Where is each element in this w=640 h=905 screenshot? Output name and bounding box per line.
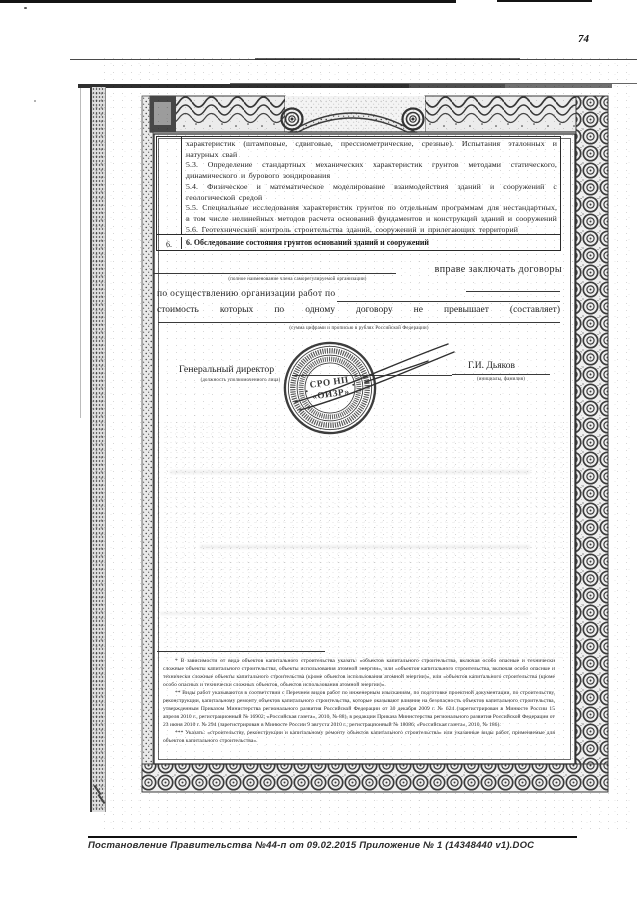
clause-works-line: по осуществлению организации работ по — [157, 289, 335, 299]
blank-fill-line — [466, 291, 560, 292]
work-item: характеристик (штамповые, сдвиговые, пре… — [186, 139, 557, 160]
work-item: 5.6. Геотехнический контроль строительст… — [186, 225, 557, 234]
scan-rule — [80, 88, 81, 418]
work-item: 5.4. Физическое и математическое моделир… — [186, 182, 557, 203]
scan-artifact-top-edge — [497, 0, 592, 2]
works-table: характеристик (штамповые, сдвиговые, пре… — [156, 136, 561, 251]
org-name-caption: (полное наименование члена саморегулируе… — [190, 277, 405, 282]
footnote: * В зависимости от вида объектов капитал… — [163, 657, 555, 689]
scan-rule — [255, 58, 520, 60]
scan-speck — [24, 7, 27, 9]
blank-fill-line — [337, 301, 560, 302]
footnote: ** Виды работ указываются в соответствии… — [163, 689, 555, 729]
footnote-rule — [157, 651, 325, 652]
clause-cost-line: стоимость которых по одному договору не … — [157, 305, 560, 315]
footnote: *** Указать: «строительству, реконструкц… — [163, 729, 555, 745]
table-row-number-cell: 6. — [157, 237, 182, 249]
footnotes-block: * В зависимости от вида объектов капитал… — [163, 657, 555, 745]
page-number: 74 — [578, 33, 589, 45]
blank-fill-line — [158, 322, 560, 323]
handwritten-signature-icon — [270, 330, 470, 425]
work-item-6-title: 6. Обследование состояния грунтов основа… — [182, 238, 429, 247]
scan-speck — [34, 100, 36, 102]
work-item: 5.3. Определение стандартных механически… — [186, 160, 557, 181]
scan-artifact-top-edge — [0, 0, 456, 3]
table-row-content: характеристик (штамповые, сдвиговые, пре… — [182, 137, 560, 234]
blank-fill-line — [153, 273, 396, 274]
signatory-name: Г.И. Дьяков — [468, 361, 515, 371]
signatory-position: Генеральный директор — [179, 364, 274, 375]
table-row-6: 6. 6. Обследование состояния грунтов осн… — [157, 234, 560, 250]
clause-right-phrase: вправе заключать договоры — [398, 264, 562, 275]
table-row-continuation: характеристик (штамповые, сдвиговые, пре… — [157, 137, 560, 234]
scan-binding-edge — [90, 87, 106, 812]
work-item: 5.5. Специальные исследования характерис… — [186, 203, 557, 224]
scanned-document-page: 74 — [0, 0, 640, 905]
table-row-number-cell — [157, 137, 182, 234]
certificate-top-edge — [78, 84, 612, 88]
footer-filename: Постановление Правительства №44-п от 09.… — [88, 840, 534, 851]
footer-rule — [88, 836, 577, 838]
